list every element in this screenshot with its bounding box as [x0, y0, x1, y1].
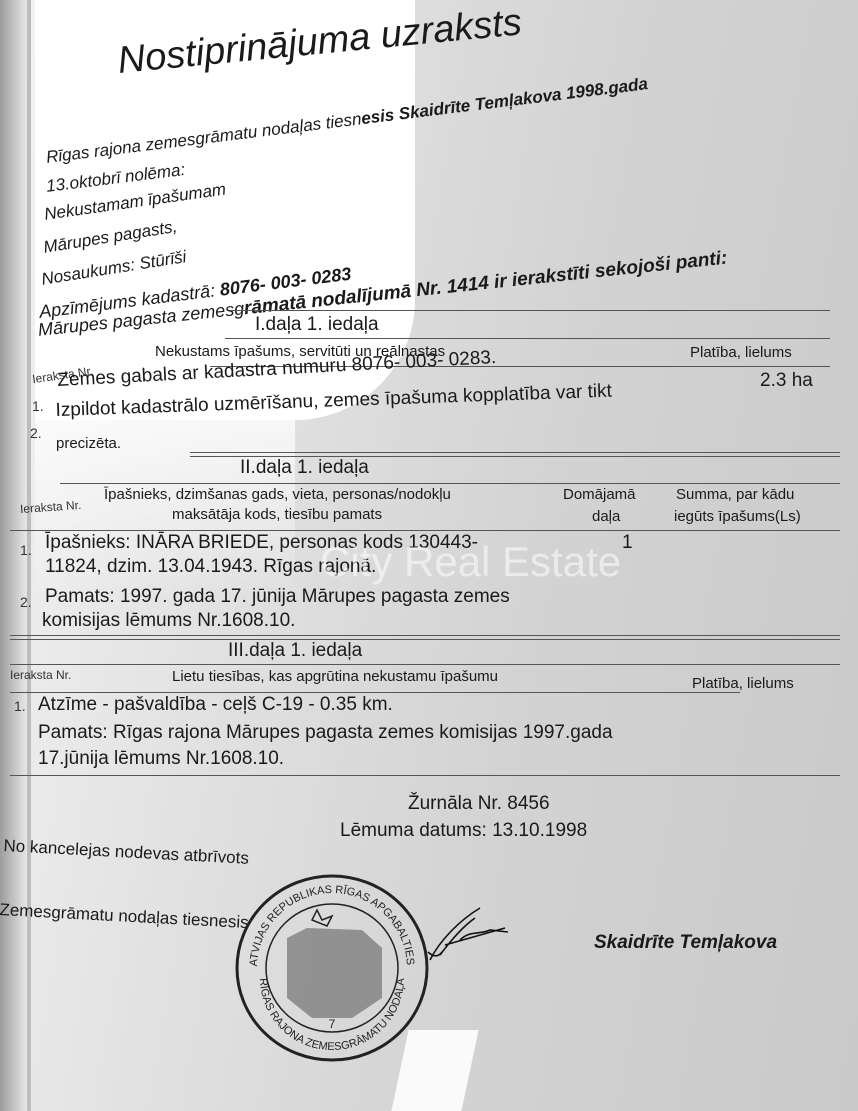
part2-row1-share: 1	[622, 532, 633, 554]
part2-col-share-1: Domājamā	[563, 486, 636, 503]
part1-col-area: Platība, lielums	[690, 344, 792, 361]
stamp-number: 7	[329, 1017, 336, 1031]
divider	[10, 530, 840, 531]
part3-col-area: Platība, lielums	[692, 675, 794, 692]
decision-date: Lēmuma datums: 13.10.1998	[340, 820, 587, 842]
part2-col-share-2: daļa	[592, 508, 620, 525]
divider	[10, 692, 740, 693]
judge-name: Skaidrīte Temļakova	[594, 932, 777, 954]
fee-note: No kancelejas nodevas atbrīvots	[3, 836, 249, 869]
part2-col-owner-2: maksātāja kods, tiesību pamats	[172, 506, 382, 523]
part3-row1-text3: 17.jūnija lēmums Nr.1608.10.	[38, 748, 284, 770]
part3-row1-text: Atzīme - pašvaldība - ceļš C-19 - 0.35 k…	[38, 694, 393, 716]
part3-col-desc: Lietu tiesības, kas apgrūtina nekustamu …	[172, 668, 498, 685]
part3-col-nr: Ieraksta Nr.	[10, 668, 71, 682]
divider	[10, 664, 840, 665]
official-stamp: LATVIJAS REPUBLIKAS RĪGAS APGABALTIESA R…	[232, 868, 432, 1068]
part1-heading: I.daļa 1. iedaļa	[255, 314, 379, 336]
judge-label: Zemesgrāmatu nodaļas tiesnesis	[0, 900, 249, 933]
divider	[60, 483, 840, 484]
part2-row2-text2: komisijas lēmums Nr.1608.10.	[42, 610, 295, 632]
part2-col-sum-1: Summa, par kādu	[676, 486, 794, 503]
part3-row1-nr: 1.	[14, 698, 26, 714]
document-page: Nostiprinājuma uzraksts Rīgas rajona zem…	[0, 0, 858, 1111]
divider	[225, 338, 830, 339]
divider	[10, 775, 840, 776]
divider	[230, 310, 830, 311]
part2-col-owner-1: Īpašnieks, dzimšanas gads, vieta, person…	[104, 486, 451, 503]
part3-row1-text2: Pamats: Rīgas rajona Mārupes pagasta zem…	[38, 722, 613, 744]
part2-col-sum-2: iegūts īpašums(Ls)	[674, 508, 801, 525]
part2-heading: II.daļa 1. iedaļa	[240, 457, 369, 479]
part1-row1-nr: 1.	[32, 398, 44, 414]
part3-heading: III.daļa 1. iedaļa	[228, 640, 362, 662]
part2-row2-text: Pamats: 1997. gada 17. jūnija Mārupes pa…	[45, 586, 510, 608]
signature	[420, 900, 510, 970]
part1-row2-text2: precizēta.	[56, 435, 121, 452]
part1-row1-area: 2.3 ha	[760, 370, 813, 392]
watermark: City Real Estate	[320, 538, 621, 586]
part1-row2-nr: 2.	[30, 425, 42, 441]
divider	[10, 635, 840, 640]
journal-number: Žurnāla Nr. 8456	[408, 793, 550, 815]
part2-row2-nr: 2.	[20, 594, 32, 610]
part2-row1-nr: 1.	[20, 542, 32, 558]
